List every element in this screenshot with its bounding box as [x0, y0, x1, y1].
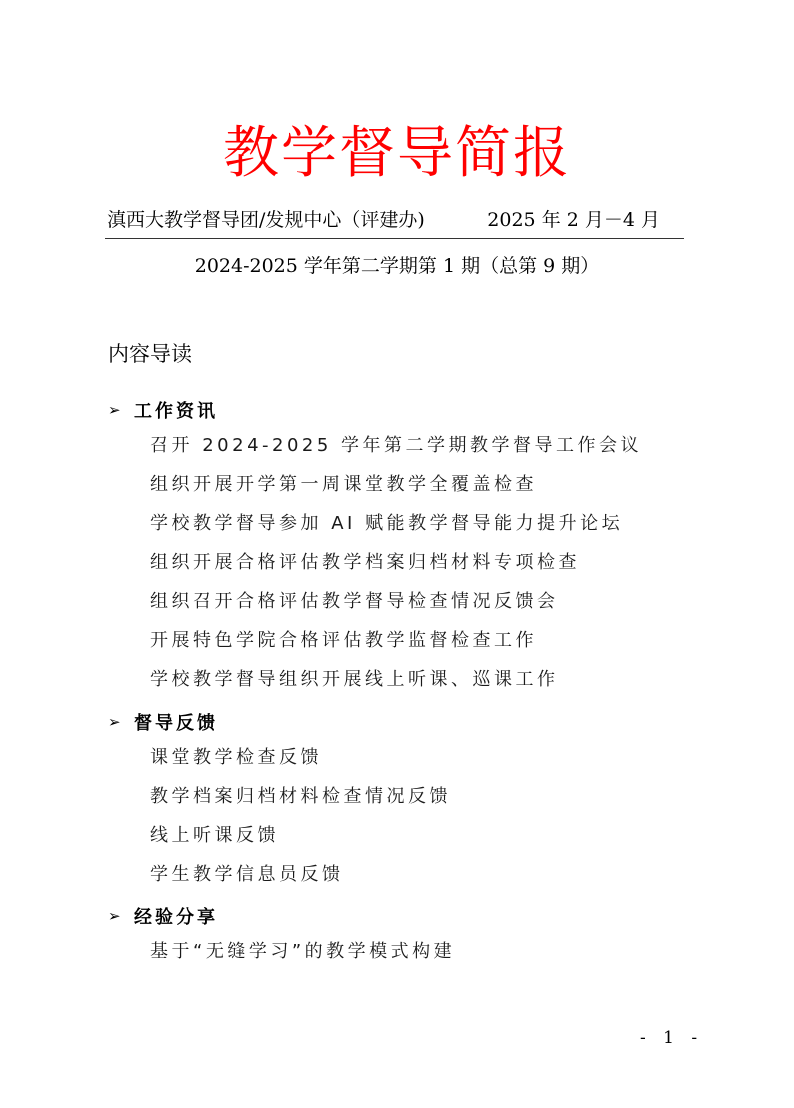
toc-section-work-news: ➢ 工作资讯 召开 2024-2025 学年第二学期教学督导工作会议 组织开展开… [108, 394, 642, 699]
toc-item[interactable]: 线上听课反馈 [108, 816, 451, 855]
toc-item[interactable]: 基于“无缝学习”的教学模式构建 [108, 932, 455, 971]
arrow-right-icon: ➢ [108, 706, 134, 738]
section-header: ➢ 督导反馈 [108, 706, 451, 738]
toc-item[interactable]: 开展特色学院合格评估教学监督检查工作 [108, 621, 642, 660]
header-divider [105, 238, 684, 239]
toc-item[interactable]: 组织召开合格评估教学督导检查情况反馈会 [108, 582, 642, 621]
toc-section-experience-sharing: ➢ 经验分享 基于“无缝学习”的教学模式构建 [108, 900, 455, 971]
arrow-right-icon: ➢ [108, 394, 134, 426]
section-items: 基于“无缝学习”的教学模式构建 [108, 932, 455, 971]
toc-section-supervision-feedback: ➢ 督导反馈 课堂教学检查反馈 教学档案归档材料检查情况反馈 线上听课反馈 学生… [108, 706, 451, 894]
arrow-right-icon: ➢ [108, 900, 134, 932]
issue-number: 2024-2025 学年第二学期第 1 期（总第 9 期） [0, 252, 794, 280]
section-title: 督导反馈 [134, 709, 218, 735]
toc-item[interactable]: 学校教学督导参加 AI 赋能教学督导能力提升论坛 [108, 504, 642, 543]
toc-item[interactable]: 组织开展合格评估教学档案归档材料专项检查 [108, 543, 642, 582]
toc-item[interactable]: 课堂教学检查反馈 [108, 738, 451, 777]
toc-item[interactable]: 学校教学督导组织开展线上听课、巡课工作 [108, 660, 642, 699]
toc-item[interactable]: 召开 2024-2025 学年第二学期教学督导工作会议 [108, 426, 642, 465]
publisher-organization: 滇西大教学督导团/发规中心（评建办) [107, 206, 425, 234]
toc-item[interactable]: 教学档案归档材料检查情况反馈 [108, 777, 451, 816]
page-number: - 1 - [640, 1028, 703, 1048]
section-title: 工作资讯 [134, 397, 218, 423]
toc-item[interactable]: 学生教学信息员反馈 [108, 855, 451, 894]
section-title: 经验分享 [134, 903, 218, 929]
toc-heading: 内容导读 [108, 339, 192, 369]
section-items: 召开 2024-2025 学年第二学期教学督导工作会议 组织开展开学第一周课堂教… [108, 426, 642, 699]
date-range: 2025 年 2 月－4 月 [487, 206, 660, 234]
newsletter-title: 教学督导简报 [0, 118, 794, 190]
toc-item[interactable]: 组织开展开学第一周课堂教学全覆盖检查 [108, 465, 642, 504]
section-items: 课堂教学检查反馈 教学档案归档材料检查情况反馈 线上听课反馈 学生教学信息员反馈 [108, 738, 451, 894]
section-header: ➢ 工作资讯 [108, 394, 642, 426]
document-page: 教学督导简报 滇西大教学督导团/发规中心（评建办) 2025 年 2 月－4 月… [0, 0, 794, 1108]
publisher-row: 滇西大教学督导团/发规中心（评建办) 2025 年 2 月－4 月 [107, 206, 684, 234]
section-header: ➢ 经验分享 [108, 900, 455, 932]
